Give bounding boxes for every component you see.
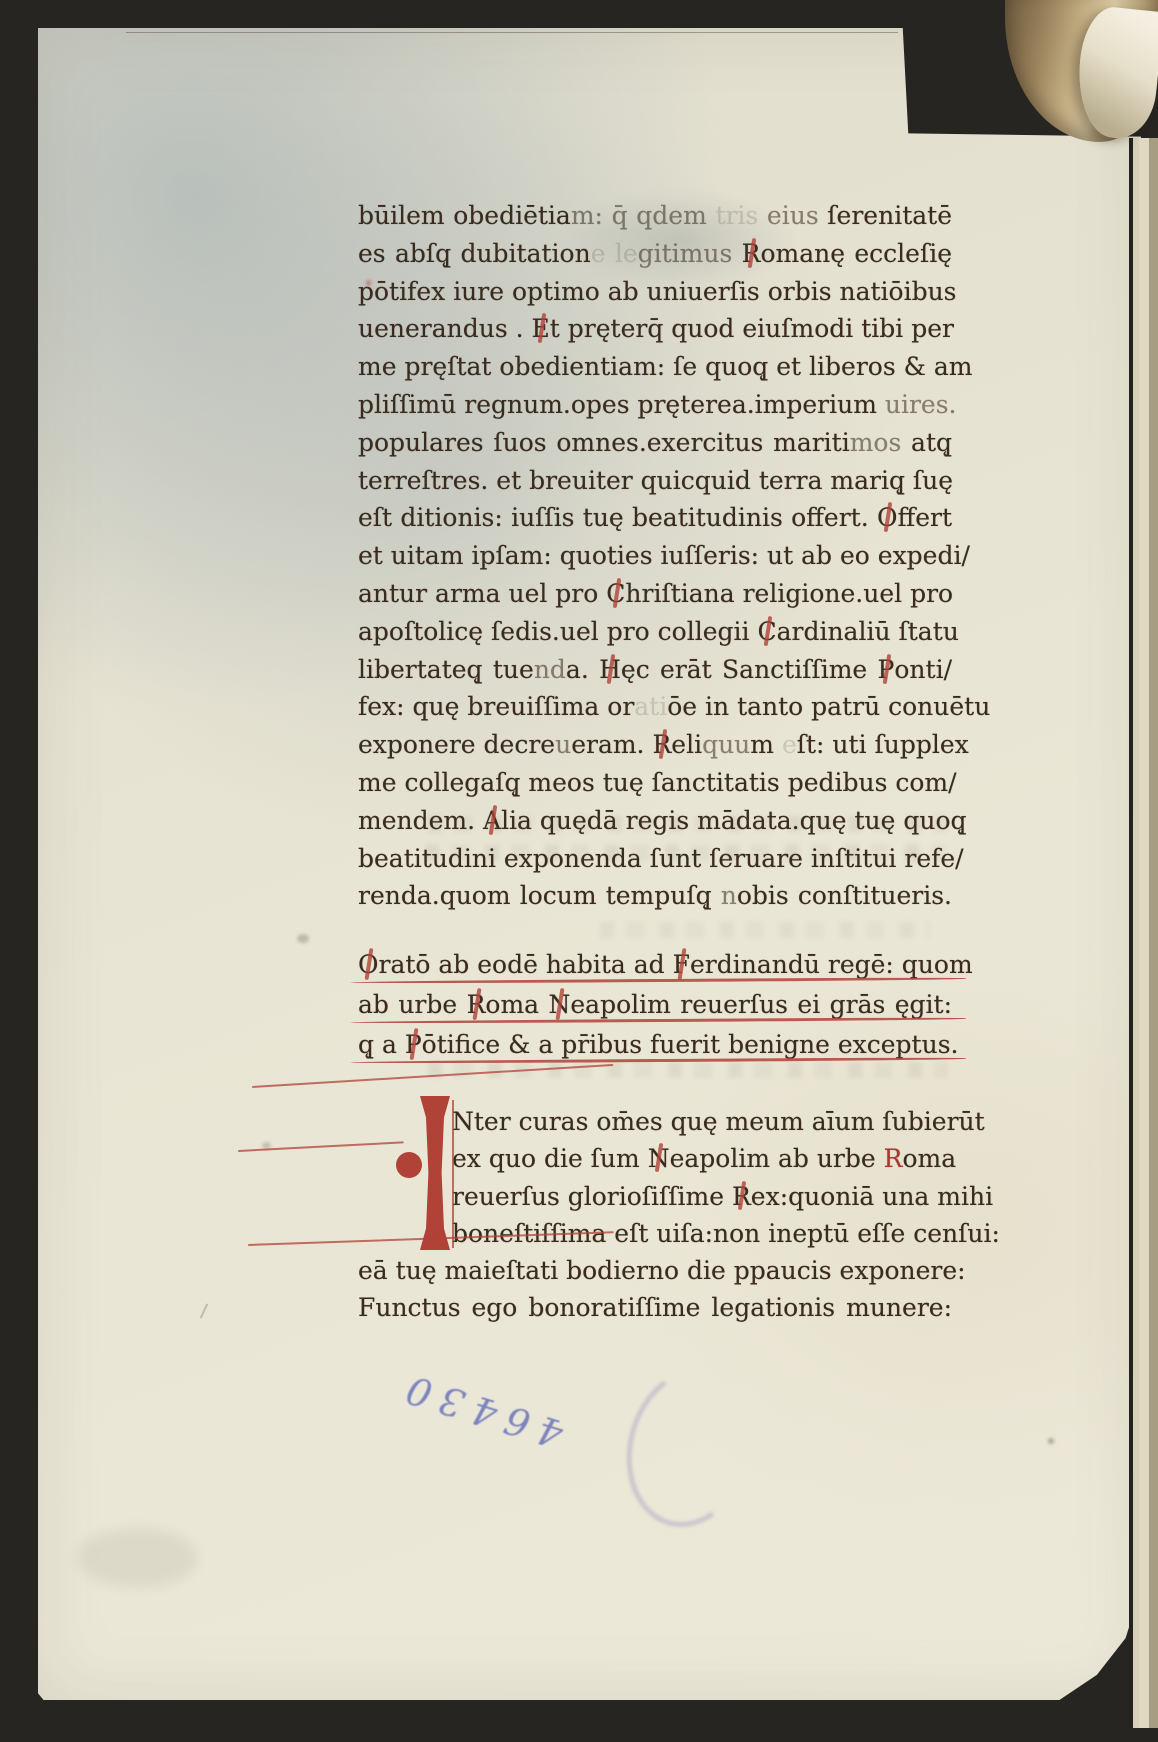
text-segment: gitimus	[638, 239, 742, 268]
text-segment: oma	[902, 1144, 956, 1173]
stain-speck	[297, 934, 309, 943]
text-segment: ratō ab eodē habita ad	[379, 950, 673, 979]
text-segment: Nter curas om̄es quę meum aīum ſubierūt	[452, 1107, 985, 1136]
text-segment: tris	[715, 201, 766, 230]
rubricated-capital: N	[648, 1140, 670, 1177]
text-segment: renda.quom locum tempuſq̨	[358, 881, 721, 910]
text-line: Oratō ab eodē habita ad Ferdinandū regē:…	[358, 945, 952, 985]
text-line: beatitudini exponenda ſunt ſeruare inſti…	[358, 840, 952, 878]
text-segment: pōtifex iure optimo ab uniuerſis orbis n…	[358, 277, 957, 306]
rubricated-capital: P	[878, 651, 895, 689]
text-segment: būilem obediētia	[358, 201, 571, 230]
paragraph-obedience: būilem obediētiam: q̄ qdem tris eius ſer…	[358, 197, 952, 915]
text-segment: ab urbe	[358, 990, 467, 1019]
text-segment: ati	[634, 692, 667, 721]
text-segment: atq̨	[901, 428, 952, 457]
text-line: me pręſtat obedientiam: ſe quoq̨ et libe…	[358, 348, 952, 386]
text-segment: ex quo die ſum	[452, 1144, 648, 1173]
text-line: Functus ego bonoratiſſime legationis mun…	[358, 1289, 952, 1326]
text-line: mendem. Alia quędā regis mādata.quę tuę …	[358, 802, 952, 840]
text-segment: populares ſuos omnes.exercitus mariti	[358, 428, 850, 457]
text-line: renda.quom locum tempuſq̨ nobis conſtitu…	[358, 877, 952, 915]
text-segment: eapolim reuerſus ei grās ęgit:	[570, 990, 952, 1019]
text-segment: ęc erāt Sanctiſſime	[621, 655, 878, 684]
text-segment: uires.	[885, 390, 957, 419]
text-segment: u	[555, 730, 571, 759]
text-line: antur arma uel pro Chriſtiana religione.…	[358, 575, 952, 613]
text-line: uenerandus . Et pręterq̄ quod eiuſmodi t…	[358, 310, 952, 348]
text-segment: eſt ditionis: iuſſis tuę beatitudinis of…	[358, 503, 877, 532]
text-line: apoſtolicę ſedis.uel pro collegii Cardin…	[358, 613, 952, 651]
rubricated-capital: O	[358, 945, 379, 985]
text-segment: apoſtolicę ſedis.uel pro collegii	[358, 617, 757, 646]
text-line: būilem obediētiam: q̄ qdem tris eius ſer…	[358, 197, 952, 235]
text-line: es abſq̨ dubitatione legitimus Romanę ec…	[358, 235, 952, 273]
text-segment: pliſſimū regnum.opes pręterea.imperium	[358, 390, 885, 419]
text-segment: terreſtres. et breuiter quicquid terra m…	[358, 466, 953, 495]
text-segment: me collegaſq̨ meos tuę ſanctitatis pedib…	[358, 768, 957, 797]
text-segment: t pręterq̄ quod eiuſmodi tibi per	[550, 314, 954, 343]
text-segment: uenerandus .	[358, 314, 532, 343]
text-segment: reuerſus glorioſiſſime	[452, 1182, 732, 1211]
text-segment: R	[884, 1144, 903, 1173]
handwritten-shelf-number: 46430	[362, 1322, 598, 1498]
stain-blob	[78, 1528, 198, 1588]
text-segment: et uitam ipſam: quoties iuſſeris: ut ab …	[358, 541, 970, 570]
rubricated-capital: R	[467, 985, 486, 1025]
text-segment: lia quędā regis mādata.quę tuę quoq̨	[501, 806, 966, 835]
text-line: terreſtres. et breuiter quicquid terra m…	[358, 462, 952, 500]
text-segment: hriſtiana religione.uel pro	[625, 579, 953, 608]
text-segment: me pręſtat obedientiam: ſe quoq̨ et libe…	[358, 352, 972, 381]
text-segment: beatitudini exponenda ſunt ſeruare inſti…	[358, 844, 964, 873]
text-segment: ardinaliū ſtatu	[777, 617, 959, 646]
rubricated-capital: R	[652, 726, 671, 764]
text-line: ab urbe Roma Neapolim reuerſus ei grās ę…	[358, 985, 952, 1025]
text-segment: fex: quę breuiſſima or	[358, 692, 634, 721]
text-segment: exponere decre	[358, 730, 555, 759]
text-segment: eā tuę maieſtati bodierno die ppaucis ex…	[358, 1256, 966, 1285]
text-segment: ſerenitatē	[819, 201, 952, 230]
text-line: me collegaſq̨ meos tuę ſanctitatis pedib…	[358, 764, 952, 802]
text-segment: mos	[850, 428, 902, 457]
text-segment: antur arma uel pro	[358, 579, 606, 608]
rubricated-capital: R	[732, 1178, 751, 1215]
text-line: pōtifex iure optimo ab uniuerſis orbis n…	[358, 273, 952, 311]
text-segment: ex:quoniā una mihi	[751, 1182, 993, 1211]
text-segment: quu	[702, 730, 750, 759]
text-segment: ffert	[897, 503, 952, 532]
text-segment: eram.	[571, 730, 652, 759]
text-segment: nd	[534, 655, 566, 684]
text-segment: omanę eccleſię	[760, 239, 952, 268]
rubricated-capital: E	[532, 310, 550, 348]
next-page-edge	[1129, 138, 1158, 1728]
text-line: et uitam ipſam: quoties iuſſeris: ut ab …	[358, 537, 952, 575]
rubricated-capital: R	[742, 235, 761, 273]
scan-background: { "colors": { "scan_background": "#26252…	[0, 0, 1158, 1742]
text-segment: ōe in tanto patrū conuētu	[667, 692, 990, 721]
text-segment: e le	[591, 239, 638, 268]
library-stamp-oval	[610, 1356, 767, 1541]
text-segment: m	[750, 730, 782, 759]
text-segment: n	[721, 881, 737, 910]
text-line: eā tuę maieſtati bodierno die ppaucis ex…	[358, 1252, 952, 1289]
text-line: populares ſuos omnes.exercitus maritimos…	[358, 424, 952, 462]
text-line: q̨ a Pōtifice & a pr̄ibus fuerit benigne…	[358, 1025, 952, 1065]
initial-dot	[396, 1152, 422, 1178]
rubricated-capital: P	[405, 1025, 422, 1065]
book-page: būilem obediētiam: q̄ qdem tris eius ſer…	[38, 28, 1141, 1700]
text-segment: eius	[767, 201, 819, 230]
initial-bar: I	[420, 1096, 450, 1250]
rubricated-capital: O	[877, 499, 898, 537]
text-line: libertateq̨ tuenda. Hęc erāt Sanctiſſime…	[358, 651, 952, 689]
rubricated-initial-I: I	[386, 1096, 458, 1250]
text-segment: ſt: uti ſupplex	[797, 730, 969, 759]
text-segment: onti/	[894, 655, 952, 684]
rubricated-capital: C	[757, 613, 776, 651]
rubricated-heading: Oratō ab eodē habita ad Ferdinandū regē:…	[358, 945, 952, 1065]
initial-hairline	[452, 1100, 454, 1248]
pencil-mark	[200, 1303, 209, 1318]
text-line: exponere decreueram. Reliquum eſt: uti ſ…	[358, 726, 952, 764]
text-segment: erdinandū regē: quom	[690, 950, 973, 979]
text-segment: q̨ a	[358, 1030, 405, 1059]
text-segment: eapolim ab urbe	[670, 1144, 884, 1173]
text-segment: Functus ego bonoratiſſime legationis mun…	[358, 1293, 952, 1322]
stain-speck	[1048, 1438, 1054, 1444]
text-line: pliſſimū regnum.opes pręterea.imperium u…	[358, 386, 952, 424]
text-segment: m: q̄ qdem	[571, 201, 716, 230]
text-segment: e	[782, 730, 797, 759]
text-line: eſt ditionis: iuſſis tuę beatitudinis of…	[358, 499, 952, 537]
rubricated-capital: H	[599, 651, 621, 689]
text-line: fex: quę breuiſſima oratiōe in tanto pat…	[358, 688, 952, 726]
text-segment: obis conſtitueris.	[737, 881, 952, 910]
text-segment: libertateq̨ tue	[358, 655, 534, 684]
text-segment: ōtifice & a pr̄ibus fuerit benigne excep…	[422, 1030, 959, 1059]
rubricated-capital: C	[606, 575, 625, 613]
text-segment: eli	[671, 730, 702, 759]
text-segment: mendem.	[358, 806, 483, 835]
text-segment: a.	[566, 655, 599, 684]
text-segment: es abſq̨ dubitation	[358, 239, 591, 268]
text-segment: oma	[485, 990, 548, 1019]
show-through-band	[600, 922, 930, 938]
rubricated-capital: A	[483, 802, 501, 840]
